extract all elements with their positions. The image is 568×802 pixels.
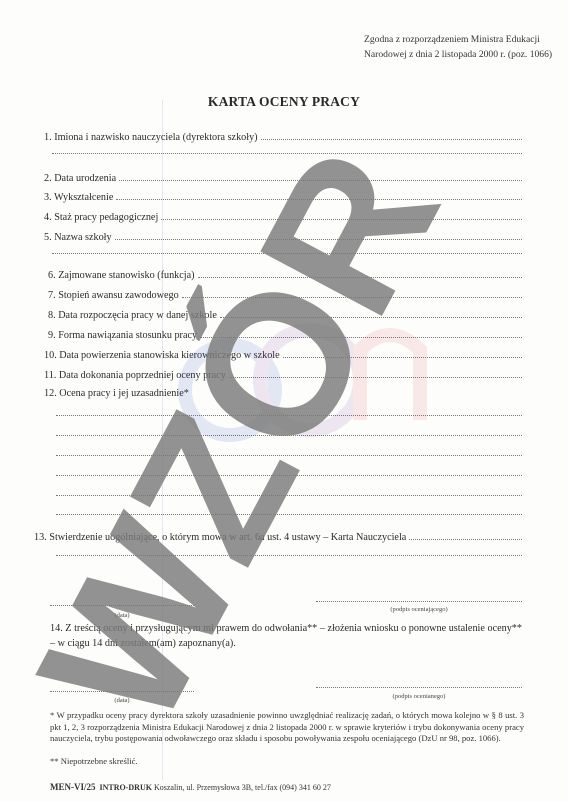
- evaluatee-signature-caption: (podpis ocenianego): [316, 693, 522, 700]
- field-teaching-experience[interactable]: 4. Staż pracy pedagogicznej: [44, 210, 522, 223]
- publisher-address: Koszalin, ul. Przemysłowa 3B, tel./fax (…: [154, 783, 331, 792]
- fill-line[interactable]: [229, 368, 522, 378]
- field-school-name[interactable]: 5. Nazwa szkoły: [44, 230, 522, 243]
- field-evaluation: 12. Ocena pracy i jej uzasadnienie*: [44, 388, 522, 401]
- fill-line[interactable]: [119, 171, 522, 181]
- fill-line[interactable]: [56, 434, 522, 436]
- fill-line[interactable]: [56, 513, 522, 515]
- field-previous-evaluation-date[interactable]: 11. Data dokonania poprzedniej oceny pra…: [44, 368, 522, 381]
- fill-line[interactable]: [161, 210, 522, 220]
- field-label: 5. Nazwa szkoły: [44, 232, 115, 243]
- field-start-date[interactable]: 8. Data rozpoczęcia pracy w danej szkole: [48, 308, 522, 321]
- field-label: 7. Stopień awansu zawodowego: [48, 290, 182, 301]
- fill-line[interactable]: [198, 268, 522, 278]
- fill-line[interactable]: [52, 152, 522, 154]
- field-label: 12. Ocena pracy i jej uzasadnienie*: [44, 388, 192, 399]
- regulation-note: Zgodna z rozporządzeniem Ministra Edukac…: [364, 32, 560, 62]
- form-code: MEN-VI/25: [50, 782, 96, 792]
- fill-line[interactable]: [56, 414, 522, 416]
- fill-line[interactable]: [56, 494, 522, 496]
- publisher-name: INTRO-DRUK: [100, 783, 152, 792]
- fill-line[interactable]: [200, 328, 522, 338]
- printer-imprint: MEN-VI/25 INTRO-DRUK Koszalin, ul. Przem…: [50, 782, 530, 792]
- field-management-date[interactable]: 10. Data powierzenia stanowiska kierowni…: [44, 348, 522, 361]
- field-label: 13. Stwierdzenie uogólniające, o którym …: [34, 532, 409, 543]
- fill-line[interactable]: [56, 554, 522, 556]
- field-teacher-name[interactable]: 1. Imiona i nazwisko nauczyciela (dyrekt…: [44, 130, 522, 143]
- date-caption: (data): [50, 697, 194, 704]
- faint-logo-icon: [185, 330, 420, 435]
- field-general-statement[interactable]: 13. Stwierdzenie uogólniające, o którym …: [34, 530, 522, 543]
- fill-line[interactable]: [182, 288, 522, 298]
- document-title: KARTA OCENY PRACY: [0, 94, 568, 110]
- footnote-strike: ** Niepotrzebne skreślić.: [50, 756, 524, 768]
- field-position[interactable]: 6. Zajmowane stanowisko (funkcja): [48, 268, 522, 281]
- field-label: 6. Zajmowane stanowisko (funkcja): [48, 270, 198, 281]
- fill-line[interactable]: [116, 190, 522, 200]
- fill-line[interactable]: [261, 130, 522, 140]
- field-employment-form[interactable]: 9. Forma nawiązania stosunku pracy: [48, 328, 522, 341]
- field-label: 11. Data dokonania poprzedniej oceny pra…: [44, 370, 229, 381]
- fill-line[interactable]: [56, 474, 522, 476]
- field-education[interactable]: 3. Wykształcenie: [44, 190, 522, 203]
- watermark: WZÓR: [0, 0, 568, 802]
- fill-line[interactable]: [115, 230, 522, 240]
- fill-line[interactable]: [409, 530, 522, 540]
- date-line[interactable]: [50, 604, 194, 606]
- footnote-director: * W przypadku oceny pracy dyrektora szko…: [50, 710, 524, 745]
- field-label: 2. Data urodzenia: [44, 173, 119, 184]
- field-label: 4. Staż pracy pedagogicznej: [44, 212, 161, 223]
- field-label: 9. Forma nawiązania stosunku pracy: [48, 330, 200, 341]
- acknowledgement-statement: 14. Z treścią oceny i przysługującym mi …: [50, 621, 522, 651]
- fill-line[interactable]: [283, 348, 522, 358]
- fill-line[interactable]: [56, 454, 522, 456]
- fill-line[interactable]: [52, 252, 522, 254]
- date-caption: (data): [50, 612, 194, 619]
- field-label: 10. Data powierzenia stanowiska kierowni…: [44, 350, 283, 361]
- date-line[interactable]: [50, 690, 194, 692]
- field-birth-date[interactable]: 2. Data urodzenia: [44, 171, 522, 184]
- evaluatee-signature-line[interactable]: [316, 686, 522, 688]
- fill-line[interactable]: [220, 308, 522, 318]
- field-promotion-level[interactable]: 7. Stopień awansu zawodowego: [48, 288, 522, 301]
- field-label: 3. Wykształcenie: [44, 192, 116, 203]
- field-label: 1. Imiona i nazwisko nauczyciela (dyrekt…: [44, 132, 261, 143]
- field-label: 8. Data rozpoczęcia pracy w danej szkole: [48, 310, 220, 321]
- evaluator-signature-caption: (podpis oceniającego): [316, 606, 522, 613]
- evaluator-signature-line[interactable]: [316, 600, 522, 602]
